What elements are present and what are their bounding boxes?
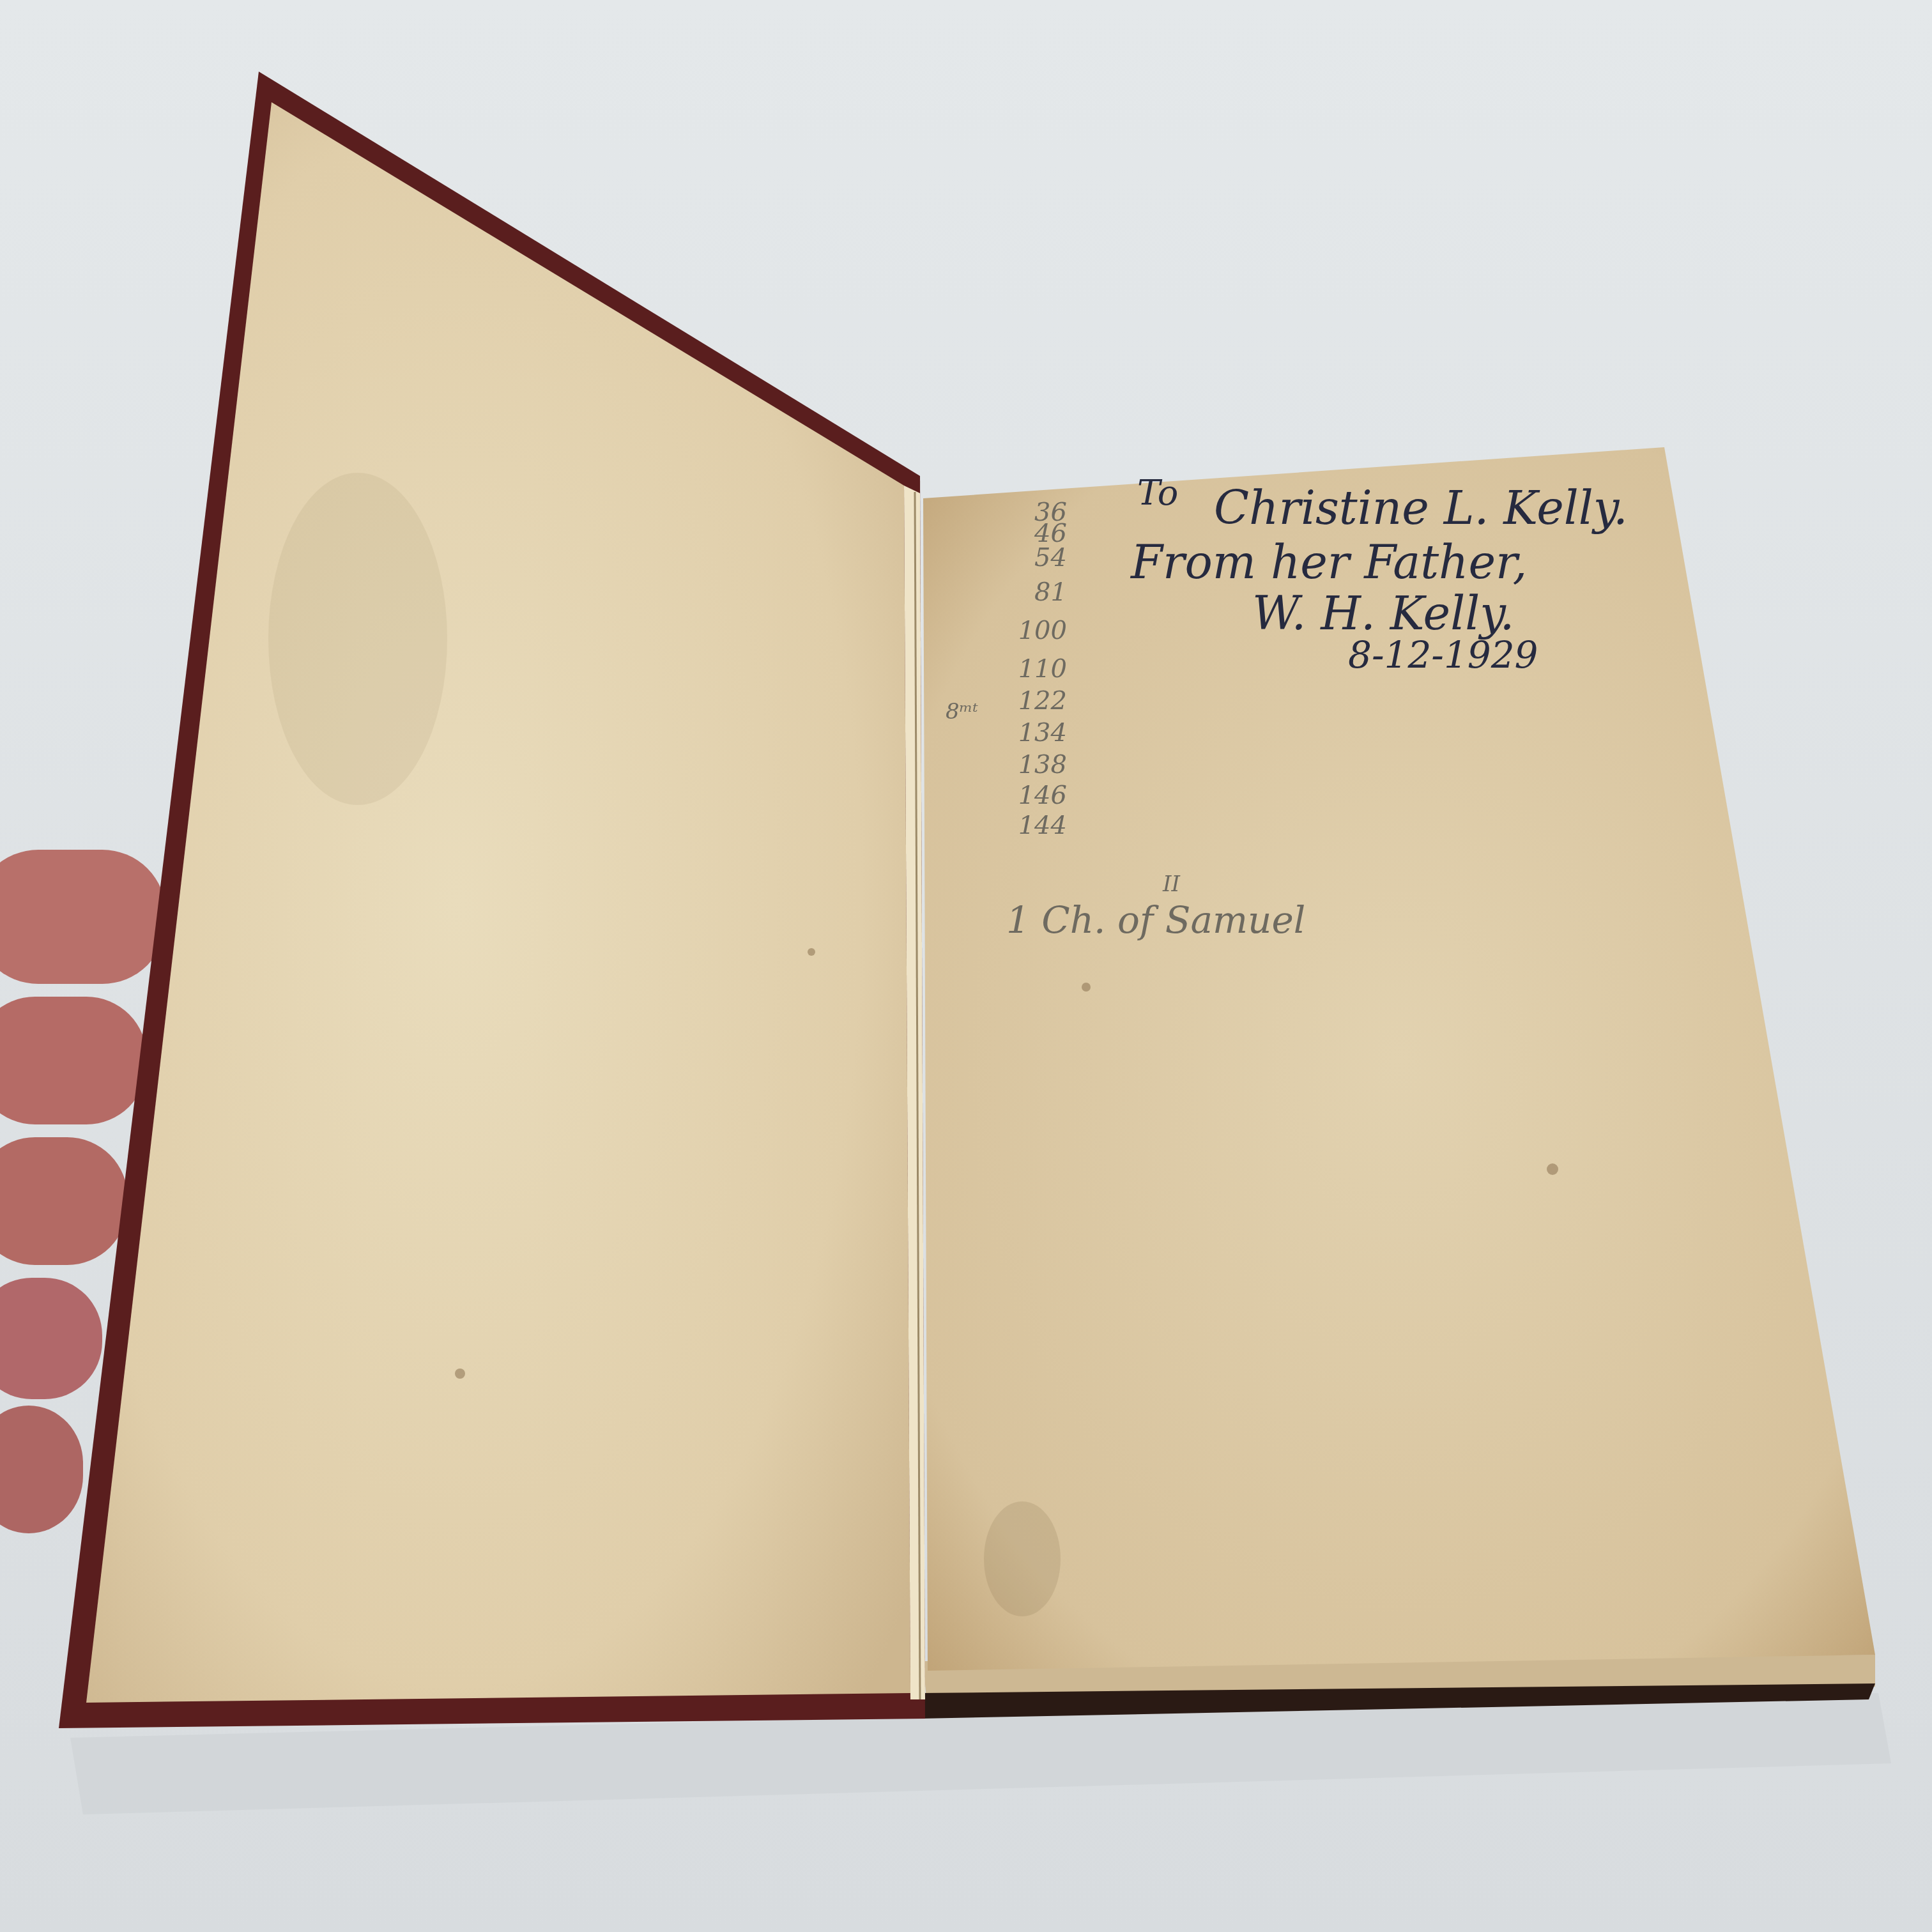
svg-text:134: 134 [1018, 718, 1067, 747]
book-photo-scene: To Christine L. Kelly. From her Father, … [0, 0, 1932, 1932]
svg-text:54: 54 [1034, 543, 1067, 572]
svg-text:146: 146 [1018, 781, 1067, 810]
pencil-reference: 1 Ch. of Samuel [1006, 898, 1305, 942]
inscription-recipient: Christine L. Kelly. [1214, 481, 1628, 535]
svg-text:81: 81 [1034, 578, 1067, 607]
svg-text:144: 144 [1018, 811, 1067, 840]
svg-text:100: 100 [1018, 616, 1067, 645]
inscription-to: To [1137, 473, 1178, 513]
svg-text:122: 122 [1018, 686, 1067, 716]
pencil-reference-superscript: II [1162, 871, 1180, 897]
inscription-date: 8-12-1929 [1348, 633, 1538, 677]
pencil-side-note: 8ᵐᵗ [946, 699, 978, 724]
svg-text:138: 138 [1018, 750, 1067, 779]
svg-text:110: 110 [1018, 654, 1067, 684]
inscription-from: From her Father, [1130, 535, 1527, 589]
inscription-signature: W. H. Kelly. [1252, 586, 1514, 640]
